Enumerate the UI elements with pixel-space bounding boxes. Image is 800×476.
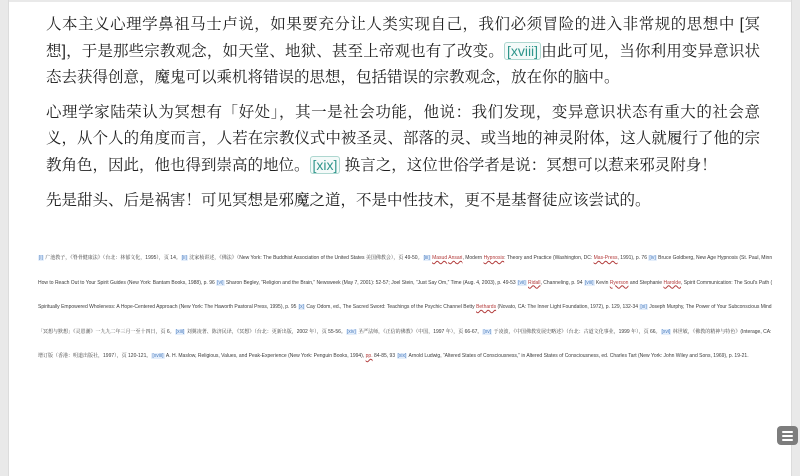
spellcheck-flagged-word: Bethards	[476, 304, 496, 310]
document-viewer: { "colors": { "text": "#1f1f1f", "ref_li…	[0, 0, 800, 476]
text-run: Kevin	[595, 280, 610, 286]
window-top-edge	[0, 0, 800, 2]
footnote-marker-xviii[interactable]: [xviii]	[151, 353, 164, 359]
spellcheck-flagged-word: pp.	[366, 353, 373, 359]
article-body: 人本主义心理学鼻祖马士卢说，如果要充分让人类实现自己，我们必须冒险的进入非常规的…	[46, 12, 760, 223]
footnote-marker-xiv[interactable]: [xiv]	[346, 329, 357, 335]
footnotes-block: [i] 广池教子，《脊骨健康法》（台北：林郁文化，1995），页 14。[ii]…	[38, 246, 772, 369]
spellcheck-flagged-word: Masud	[432, 255, 447, 261]
footnote-marker-vii[interactable]: [vii]	[517, 280, 527, 286]
footnote-marker-iii[interactable]: [iii]	[423, 255, 431, 261]
spellcheck-flagged-word: Ansari	[448, 255, 462, 261]
left-page-gutter	[0, 0, 9, 476]
text-run: , Modern	[462, 255, 483, 261]
footnote-marker-xv[interactable]: [xv]	[482, 329, 492, 335]
hamburger-icon	[782, 431, 793, 441]
text-run: Bruce Goldberg, New Age Hypnosis (St. Pa…	[657, 255, 772, 261]
text-run: , Spirit Communication: The Soul's Path …	[681, 280, 772, 286]
text-run: Spiritually Empowered Wholeness: A Hope-…	[38, 304, 298, 310]
spellcheck-flagged-word: Mas-Press	[594, 255, 618, 261]
footnote-line: 增订版（香港：明道出版社，1997），页 120-121。[xviii] A. …	[38, 344, 772, 369]
text-run: Joseph Murphy, The Power of Your Subcons…	[648, 304, 772, 310]
footnote-marker-xvi[interactable]: [xvi]	[661, 329, 672, 335]
text-run: 沈家桢讲述，《佛法》（New York: The Buddhist Associ…	[188, 255, 423, 261]
text-run: 增订版（香港：明道出版社，1997），页 120-121。	[38, 353, 151, 359]
paragraph: 人本主义心理学鼻祖马士卢说，如果要充分让人类实现自己，我们必须冒险的进入非常规的…	[46, 12, 760, 91]
text-run: 84-85, 93	[373, 353, 397, 359]
paragraph: 心理学家陆荣认为冥想有「好处」，其一是社会功能，他说：我们发现，变异意识状态有重…	[46, 100, 760, 179]
footnote-line: How to Reach Out to Your Spirit Guides (…	[38, 271, 772, 296]
text-run: A. H. Maslow, Religious, Values, and Pea…	[165, 353, 366, 359]
text-run: 先是甜头、后是祸害！可见冥想是邪魔之道，不是中性技术，更不是基督徒应该尝试的。	[46, 192, 651, 209]
spellcheck-flagged-word: Ridall	[528, 280, 541, 286]
text-run: , 1991), p. 76	[618, 255, 649, 261]
footnote-marker-xix[interactable]: [xix]	[397, 353, 408, 359]
citation-link-xviii[interactable]: [xviii]	[504, 42, 541, 60]
text-run: 「冥想与默想」《灵恩潮》一九九二年三月一至十四日，页 6。	[38, 329, 175, 335]
footnote-marker-x[interactable]: [x]	[298, 304, 305, 310]
footnote-marker-ii[interactable]: [ii]	[181, 255, 188, 261]
text-run: Sharon Begley, “Religion and the Brain,”…	[225, 280, 518, 286]
text-run: Cay Odom, ed., The Sacred Sword: Teachin…	[305, 304, 476, 310]
text-run: (Novato, CA: The Inner Light Foundation,…	[496, 304, 639, 310]
text-run: 刘翼凌著、陈济民译，《冥想》（台北：更新出版，2002 年），页 55-56。	[185, 329, 346, 335]
footnote-marker-xi[interactable]: [xi]	[639, 304, 647, 310]
text-run: 换言之，这位世俗学者是说：冥想可以惹来邪灵附身！	[340, 157, 716, 174]
text-run: : Theory and Practice (Washington, DC:	[504, 255, 593, 261]
text-run: How to Reach Out to Your Spirit Guides (…	[38, 280, 216, 286]
footnote-line: 「冥想与默想」《灵恩潮》一九九二年三月一至十四日，页 6。[xiii] 刘翼凌著…	[38, 320, 772, 345]
text-run: , Channeling, p. 94	[541, 280, 584, 286]
spellcheck-flagged-word: Harolde	[663, 280, 681, 286]
footnote-line: [i] 广池教子，《脊骨健康法》（台北：林郁文化，1995），页 14。[ii]…	[38, 246, 772, 271]
text-run: and Stephanie	[628, 280, 663, 286]
footnote-marker-iv[interactable]: [iv]	[648, 255, 656, 261]
paragraph: 先是甜头、后是祸害！可见冥想是邪魔之道，不是中性技术，更不是基督徒应该尝试的。	[46, 188, 760, 214]
document-page: 人本主义心理学鼻祖马士卢说，如果要充分让人类实现自己，我们必须冒险的进入非常规的…	[8, 2, 792, 476]
footnote-marker-vi[interactable]: [vi]	[216, 280, 224, 286]
text-run: 林世敏，《佛教的精神与特色》(Interage, CA: 大觉莲社, 民国 75…	[671, 329, 772, 335]
text-run: 圣严法师，《正信的佛教》（中国，1997 年），页 66-67。	[357, 329, 483, 335]
footnote-marker-viii[interactable]: [viii]	[584, 280, 595, 286]
text-run: 于凌波，《中国佛教发展史略述》（台北：古道文化事业，1999 年），页 66。	[492, 329, 660, 335]
floating-menu-button[interactable]	[777, 426, 798, 445]
spellcheck-flagged-word: Ryerson	[610, 280, 629, 286]
citation-link-xix[interactable]: [xix]	[310, 156, 341, 174]
spellcheck-flagged-word: Hypnosis	[484, 255, 505, 261]
footnote-line: Spiritually Empowered Wholeness: A Hope-…	[38, 295, 772, 320]
footnote-marker-xiii[interactable]: [xiii]	[175, 329, 186, 335]
right-page-gutter	[791, 0, 800, 476]
text-run: Arnold Ludwig, “Altered States of Consci…	[407, 353, 748, 359]
text-run: 广池教子，《脊骨健康法》（台北：林郁文化，1995），页 14。	[44, 255, 181, 261]
